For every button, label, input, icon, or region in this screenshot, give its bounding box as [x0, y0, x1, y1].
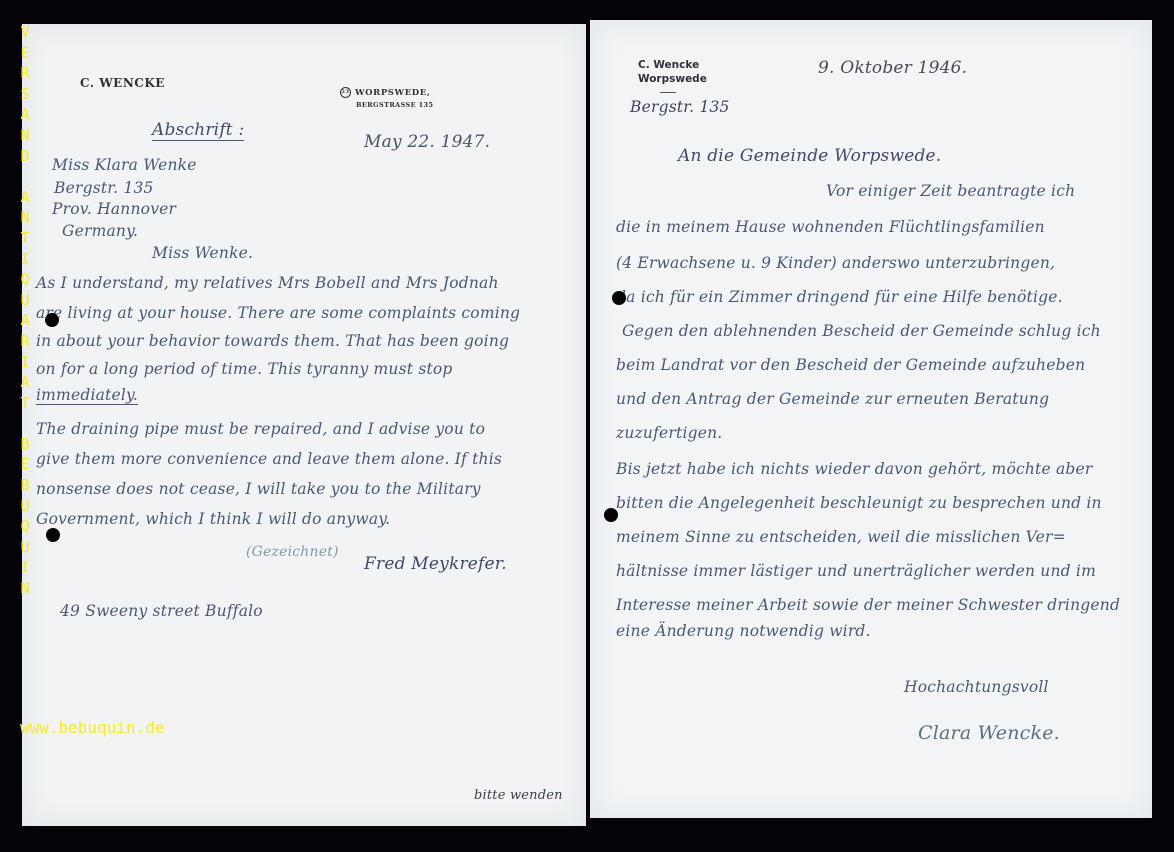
watermark-letter: D — [18, 146, 32, 167]
watermark-letter: A — [18, 372, 32, 393]
body-line: (4 Erwachsene u. 9 Kinder) anderswo unte… — [616, 254, 1055, 272]
recipient-line: Bergstr. 135 — [54, 179, 154, 197]
body-line: in about your behavior towards them. Tha… — [36, 332, 509, 350]
body-line: Interesse meiner Arbeit sowie der meiner… — [616, 596, 1120, 614]
body-line: immediately. — [36, 386, 138, 405]
letterhead-divider — [660, 92, 676, 93]
watermark-letter: N — [18, 578, 32, 599]
body-line: beim Landrat vor den Bescheid der Gemein… — [616, 356, 1085, 374]
watermark-letter: I — [18, 557, 32, 578]
watermark-letter: Q — [18, 516, 32, 537]
left-letter-page: C. WENCKE 23WORPSWEDE, BERGSTRASSE 135 A… — [22, 24, 586, 826]
salutation: Miss Wenke. — [152, 244, 253, 262]
letterhead-city: Worpswede — [638, 73, 707, 85]
recipient-line: Prov. Hannover — [52, 200, 176, 218]
body-line: bitten die Angelegenheit beschleunigt zu… — [616, 494, 1102, 512]
body-line: die in meinem Hause wohnenden Flüchtling… — [616, 218, 1045, 236]
letterhead-city-text: WORPSWEDE, — [355, 88, 430, 98]
body-line: hältnisse immer lästiger und unerträglic… — [616, 562, 1096, 580]
watermark-url: www.bebuquin.de — [20, 718, 165, 737]
sender-address: 49 Sweeny street Buffalo — [60, 602, 263, 620]
body-line: eine Änderung notwendig wird. — [616, 622, 871, 640]
body-line: da ich für ein Zimmer dringend für eine … — [616, 288, 1063, 306]
postal-code-seal-icon: 23 — [340, 87, 351, 98]
watermark-letter: U — [18, 496, 32, 517]
watermark-letter: N — [18, 125, 32, 146]
watermark-letter: Q — [18, 269, 32, 290]
body-line: zuzufertigen. — [616, 424, 722, 442]
watermark-letter: A — [18, 187, 32, 208]
watermark-letter: S — [18, 84, 32, 105]
copy-heading: Abschrift : — [152, 120, 244, 141]
body-line: meinem Sinne zu entscheiden, weil die mi… — [616, 528, 1066, 546]
letterhead-city: 23WORPSWEDE, — [340, 87, 430, 98]
body-line: give them more convenience and leave the… — [36, 450, 502, 468]
closing: Hochachtungsvoll — [904, 678, 1049, 696]
footer-note: bitte wenden — [474, 788, 563, 803]
recipient-line: Germany. — [62, 222, 138, 240]
watermark-letter — [18, 413, 32, 434]
watermark-letter: I — [18, 249, 32, 270]
watermark-letter: V — [18, 22, 32, 43]
punch-hole-icon — [46, 528, 60, 542]
body-line: Bis jetzt habe ich nichts wieder davon g… — [616, 460, 1093, 478]
body-line: und den Antrag der Gemeinde zur erneuten… — [616, 390, 1049, 408]
watermark-vertical: V E R S A N D A N T I Q U A R I A T B E … — [18, 22, 32, 599]
watermark-letter: N — [18, 207, 32, 228]
body-line: on for a long period of time. This tyran… — [36, 360, 453, 378]
right-letter-page: C. Wencke Worpswede Bergstr. 135 9. Okto… — [590, 20, 1152, 818]
punch-hole-icon — [612, 291, 626, 305]
punch-hole-icon — [604, 508, 618, 522]
watermark-letter: U — [18, 290, 32, 311]
body-line: are living at your house. There are some… — [36, 304, 520, 322]
body-line: As I understand, my relatives Mrs Bobell… — [36, 274, 499, 292]
watermark-letter: E — [18, 43, 32, 64]
letterhead-name: C. Wencke — [638, 58, 699, 73]
watermark-letter: T — [18, 393, 32, 414]
signature: Fred Meykrefer. — [364, 554, 507, 574]
watermark-letter: E — [18, 454, 32, 475]
punch-hole-icon — [45, 313, 59, 327]
watermark-letter: U — [18, 537, 32, 558]
watermark-letter: A — [18, 310, 32, 331]
watermark-letter: B — [18, 475, 32, 496]
street: Bergstr. 135 — [630, 98, 730, 116]
watermark-letter: B — [18, 434, 32, 455]
signature-note: (Gezeichnet) — [246, 544, 339, 560]
body-line: nonsense does not cease, I will take you… — [36, 480, 481, 498]
signature: Clara Wencke. — [918, 722, 1060, 744]
letterhead-street: BERGSTRASSE 135 — [356, 101, 433, 109]
body-line: Government, which I think I will do anyw… — [36, 510, 390, 528]
watermark-letter: A — [18, 104, 32, 125]
watermark-letter: T — [18, 228, 32, 249]
watermark-letter: I — [18, 352, 32, 373]
watermark-letter: R — [18, 331, 32, 352]
body-line: Vor einiger Zeit beantragte ich — [826, 182, 1075, 200]
body-line: Gegen den ablehnenden Bescheid der Gemei… — [622, 322, 1101, 340]
recipient-line: Miss Klara Wenke — [52, 156, 197, 174]
body-line: The draining pipe must be repaired, and … — [36, 420, 485, 438]
letter-date: 9. Oktober 1946. — [818, 58, 967, 78]
watermark-letter: R — [18, 63, 32, 84]
addressee: An die Gemeinde Worpswede. — [678, 146, 941, 166]
watermark-letter — [18, 166, 32, 187]
letter-date: May 22. 1947. — [364, 132, 490, 152]
letterhead-name: C. WENCKE — [80, 76, 165, 90]
